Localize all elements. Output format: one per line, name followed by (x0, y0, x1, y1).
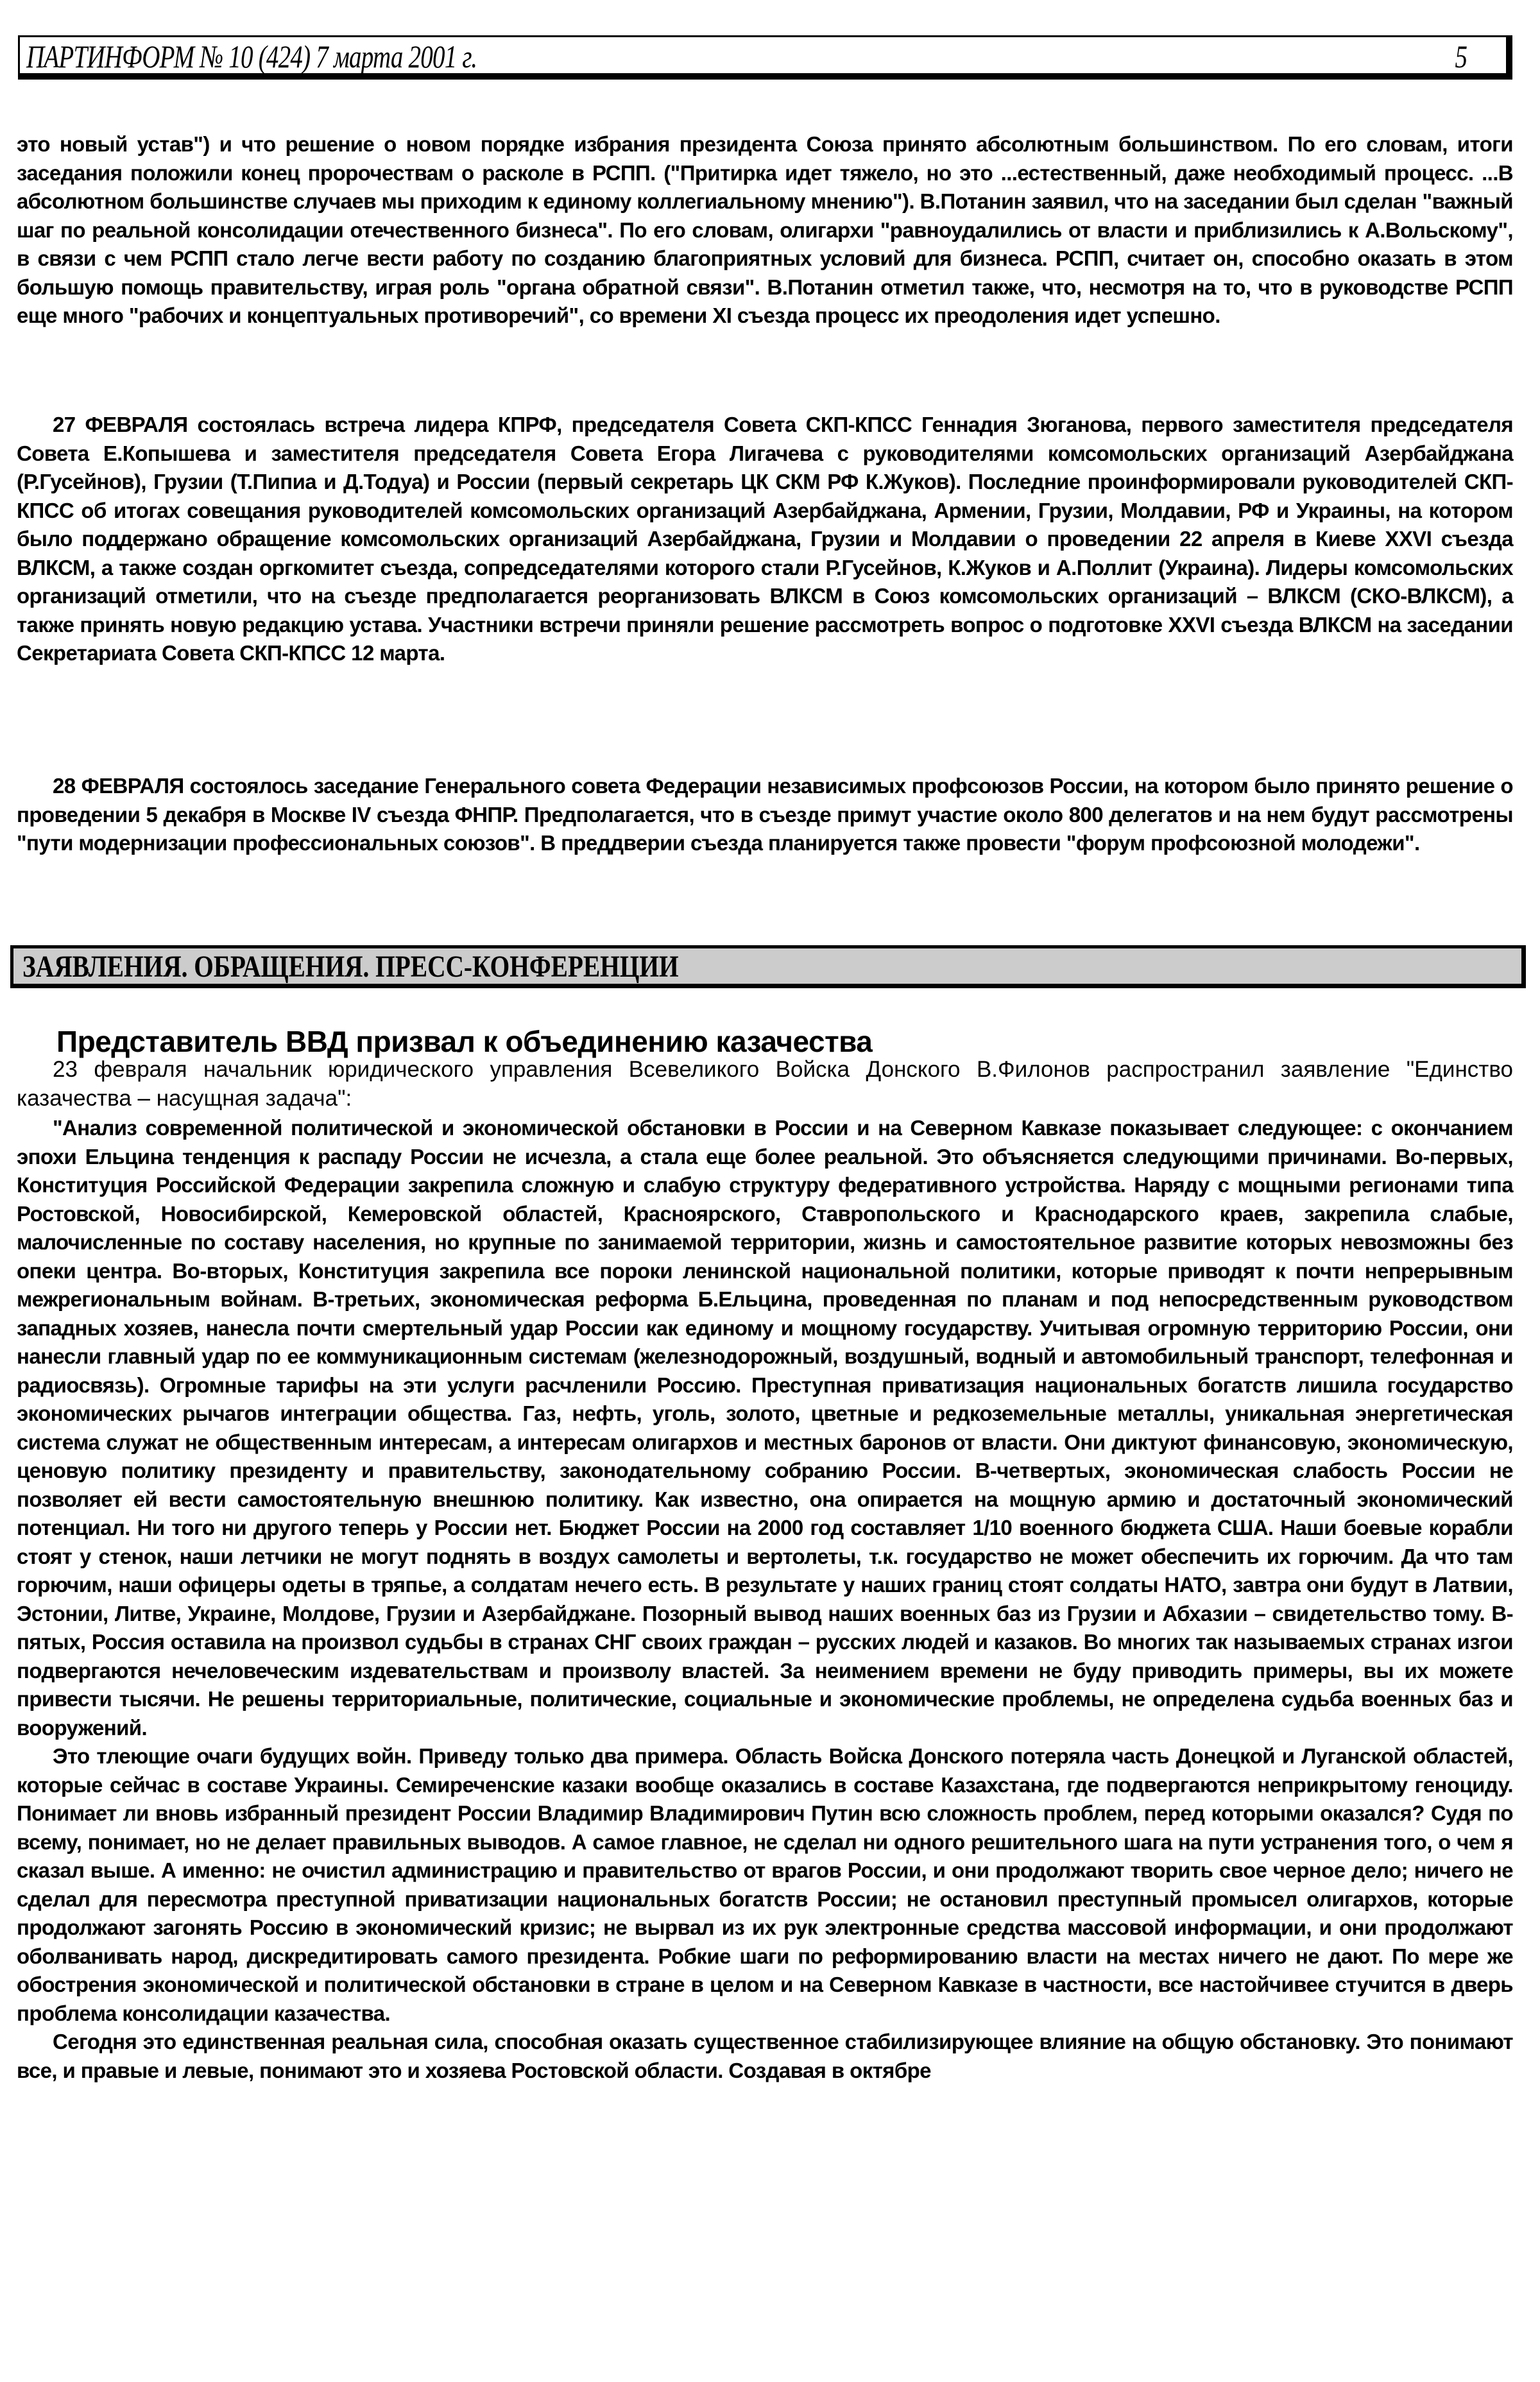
news-item-paragraph: 28 ФЕВРАЛЯ состоялось заседание Генераль… (17, 772, 1513, 858)
article-body: "Анализ современной политической и эконо… (17, 1114, 1513, 2085)
article-paragraph: "Анализ современной политической и эконо… (17, 1114, 1513, 1742)
news-item-paragraph: 27 ФЕВРАЛЯ состоялась встреча лидера КПР… (17, 411, 1513, 668)
news-item: 27 ФЕВРАЛЯ состоялась встреча лидера КПР… (17, 411, 1513, 668)
newspaper-page: ПАРТИНФОРМ № 10 (424) 7 марта 2001 г. 5 … (0, 0, 1540, 2382)
news-item-date: 28 ФЕВРАЛЯ (53, 774, 184, 798)
article-paragraph: Сегодня это единственная реальная сила, … (17, 2028, 1513, 2085)
paragraph-text: это новый устав") и что решение о новом … (17, 130, 1513, 330)
article-paragraph: Это тлеющие очаги будущих войн. Приведу … (17, 1742, 1513, 2028)
section-banner: ЗАЯВЛЕНИЯ. ОБРАЩЕНИЯ. ПРЕСС-КОНФЕРЕНЦИИ (10, 945, 1526, 988)
page-number: 5 (1455, 39, 1468, 74)
news-item: 28 ФЕВРАЛЯ состоялось заседание Генераль… (17, 772, 1513, 858)
article-headline: Представитель ВВД призвал к объединению … (56, 1024, 872, 1059)
continued-paragraph: это новый устав") и что решение о новом … (17, 130, 1513, 330)
news-item-text: состоялась встреча лидера КПРФ, председа… (17, 413, 1513, 665)
article-intro-text: 23 февраля начальник юридического управл… (17, 1056, 1513, 1113)
news-item-date: 27 ФЕВРАЛЯ (53, 413, 188, 436)
news-item-text: состоялось заседание Генерального совета… (17, 774, 1513, 855)
article-intro: 23 февраля начальник юридического управл… (17, 1056, 1513, 1113)
running-header: ПАРТИНФОРМ № 10 (424) 7 марта 2001 г. 5 (18, 35, 1512, 80)
publication-title: ПАРТИНФОРМ № 10 (424) 7 марта 2001 г. (26, 39, 477, 74)
section-title: ЗАЯВЛЕНИЯ. ОБРАЩЕНИЯ. ПРЕСС-КОНФЕРЕНЦИИ (22, 948, 679, 986)
